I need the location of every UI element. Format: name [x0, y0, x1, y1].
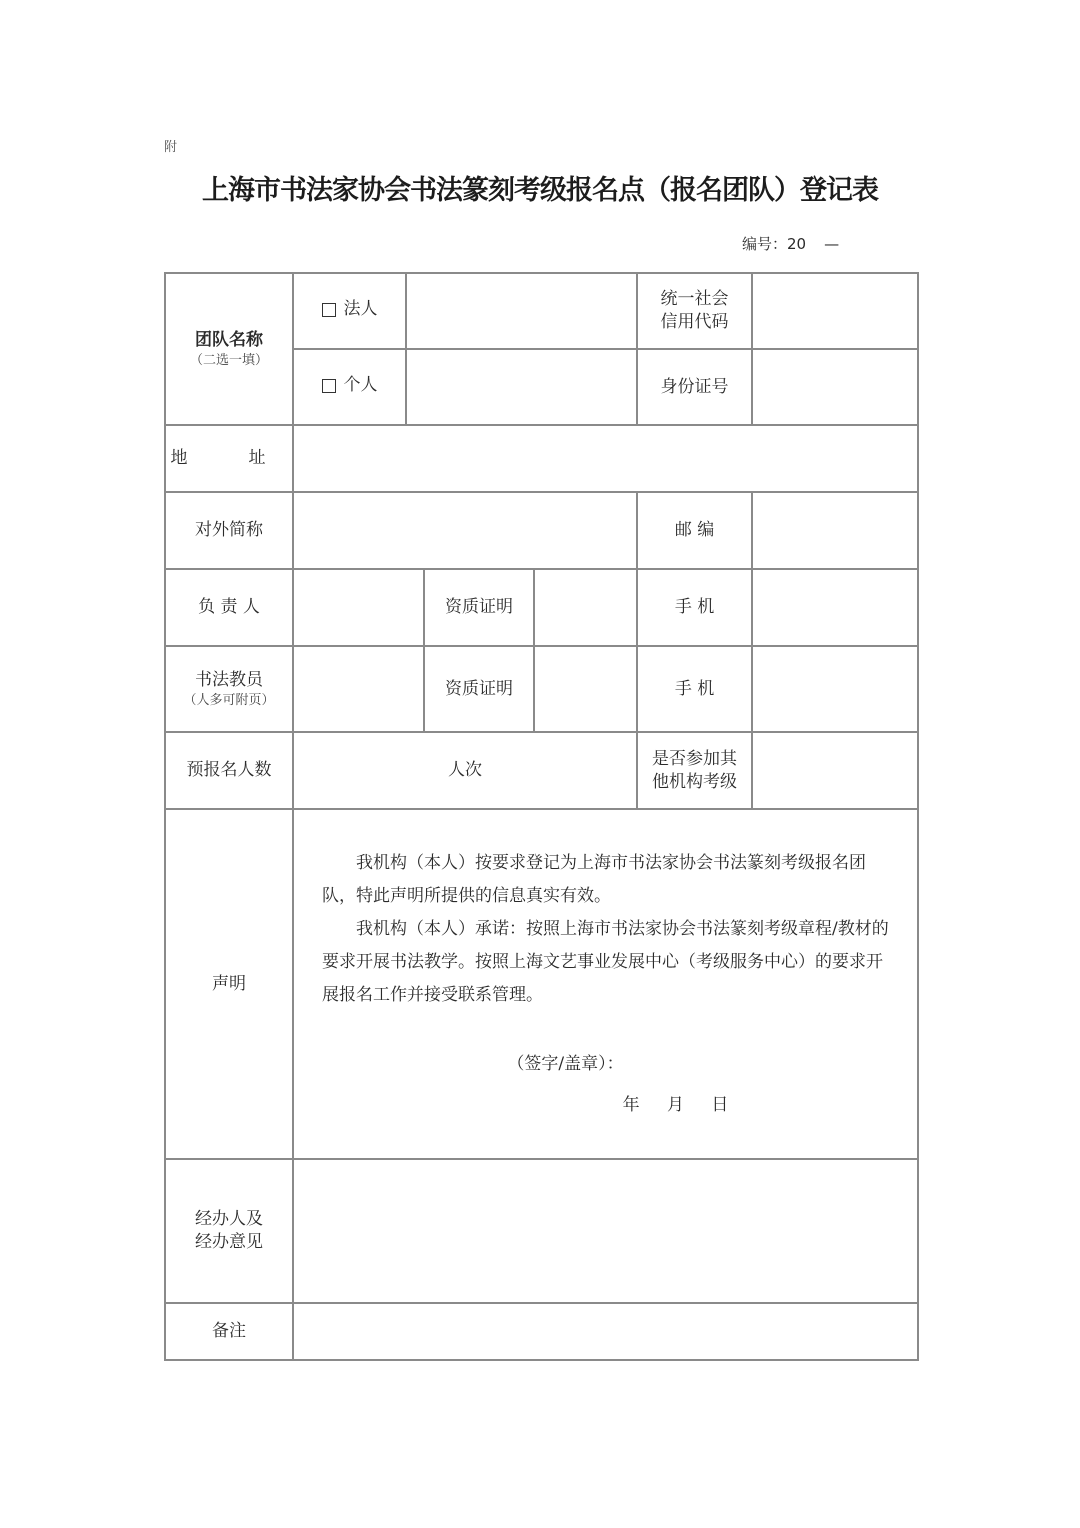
- short-name-label: 对外简称: [165, 492, 293, 569]
- postcode-field[interactable]: [752, 492, 918, 569]
- teacher-qualification-field[interactable]: [534, 646, 637, 732]
- legal-name-field[interactable]: [406, 273, 637, 349]
- serial-dash: —: [824, 235, 839, 253]
- option-individual-label: 个人: [344, 374, 378, 397]
- qualification-label: 资质证明: [424, 569, 534, 646]
- person-in-charge-label: 负 责 人: [165, 569, 293, 646]
- handler-label: 经办人及 经办意见: [165, 1159, 293, 1303]
- legal-checkbox-icon[interactable]: [322, 303, 336, 317]
- credit-code-line2: 信用代码: [661, 312, 729, 332]
- mobile-label: 手 机: [637, 569, 752, 646]
- team-name-note: （二选一填）: [166, 352, 292, 370]
- credit-code-label: 统一社会 信用代码: [637, 273, 752, 349]
- registration-form-table: 团队名称 （二选一填） 法人 统一社会 信用代码 个人 身份证号 地 址 对外简…: [164, 272, 919, 1361]
- address-field[interactable]: [293, 425, 918, 492]
- individual-name-field[interactable]: [406, 349, 637, 425]
- document-title: 上海市书法家协会书法篆刻考级报名点（报名团队）登记表: [0, 168, 1080, 207]
- option-legal-label: 法人: [344, 298, 378, 321]
- id-number-field[interactable]: [752, 349, 918, 425]
- teacher-note: （人多可附页）: [166, 692, 292, 710]
- teacher-qualification-label: 资质证明: [424, 646, 534, 732]
- other-org-line2: 他机构考级: [652, 772, 737, 792]
- option-legal-cell[interactable]: 法人: [293, 273, 406, 349]
- credit-code-field[interactable]: [752, 273, 918, 349]
- remarks-field[interactable]: [293, 1303, 918, 1360]
- postcode-label: 邮 编: [637, 492, 752, 569]
- declaration-content: 我机构（本人）按要求登记为上海市书法家协会书法篆刻考级报名团队，特此声明所提供的…: [293, 809, 918, 1159]
- other-org-line1: 是否参加其: [652, 749, 737, 769]
- short-name-field[interactable]: [293, 492, 637, 569]
- qualification-field[interactable]: [534, 569, 637, 646]
- declaration-label: 声明: [165, 809, 293, 1159]
- teacher-mobile-field[interactable]: [752, 646, 918, 732]
- expected-count-label: 预报名人数: [165, 732, 293, 809]
- other-org-label: 是否参加其 他机构考级: [637, 732, 752, 809]
- address-label-text: 地 址: [171, 448, 288, 468]
- declaration-paragraph-2: 我机构（本人）承诺：按照上海市书法家协会书法篆刻考级章程/教材的要求开展书法教学…: [322, 913, 889, 1012]
- teacher-field[interactable]: [293, 646, 424, 732]
- count-unit: 人次: [448, 760, 482, 780]
- address-label: 地 址: [165, 425, 293, 492]
- declaration-paragraph-1: 我机构（本人）按要求登记为上海市书法家协会书法篆刻考级报名团队，特此声明所提供的…: [322, 847, 889, 913]
- handler-opinion-field[interactable]: [293, 1159, 918, 1303]
- serial-number: 编号：20—: [742, 233, 839, 254]
- individual-checkbox-icon[interactable]: [322, 379, 336, 393]
- other-org-field[interactable]: [752, 732, 918, 809]
- expected-count-field[interactable]: 人次: [293, 732, 637, 809]
- handler-line1: 经办人及: [195, 1209, 263, 1229]
- teacher-label: 书法教员: [195, 670, 263, 690]
- id-number-label: 身份证号: [637, 349, 752, 425]
- team-name-label-cell: 团队名称 （二选一填）: [165, 273, 293, 425]
- annex-label: 附: [164, 136, 177, 155]
- person-in-charge-field[interactable]: [293, 569, 424, 646]
- remarks-label: 备注: [165, 1303, 293, 1360]
- team-name-label: 团队名称: [195, 330, 263, 350]
- teacher-mobile-label: 手 机: [637, 646, 752, 732]
- signature-label: （签字/盖章）：: [322, 1048, 889, 1081]
- date-label: 年 月 日: [322, 1089, 889, 1122]
- option-individual-cell[interactable]: 个人: [293, 349, 406, 425]
- teacher-label-cell: 书法教员 （人多可附页）: [165, 646, 293, 732]
- mobile-field[interactable]: [752, 569, 918, 646]
- serial-label: 编号：20: [742, 235, 806, 253]
- credit-code-line1: 统一社会: [661, 289, 729, 309]
- handler-line2: 经办意见: [195, 1232, 263, 1252]
